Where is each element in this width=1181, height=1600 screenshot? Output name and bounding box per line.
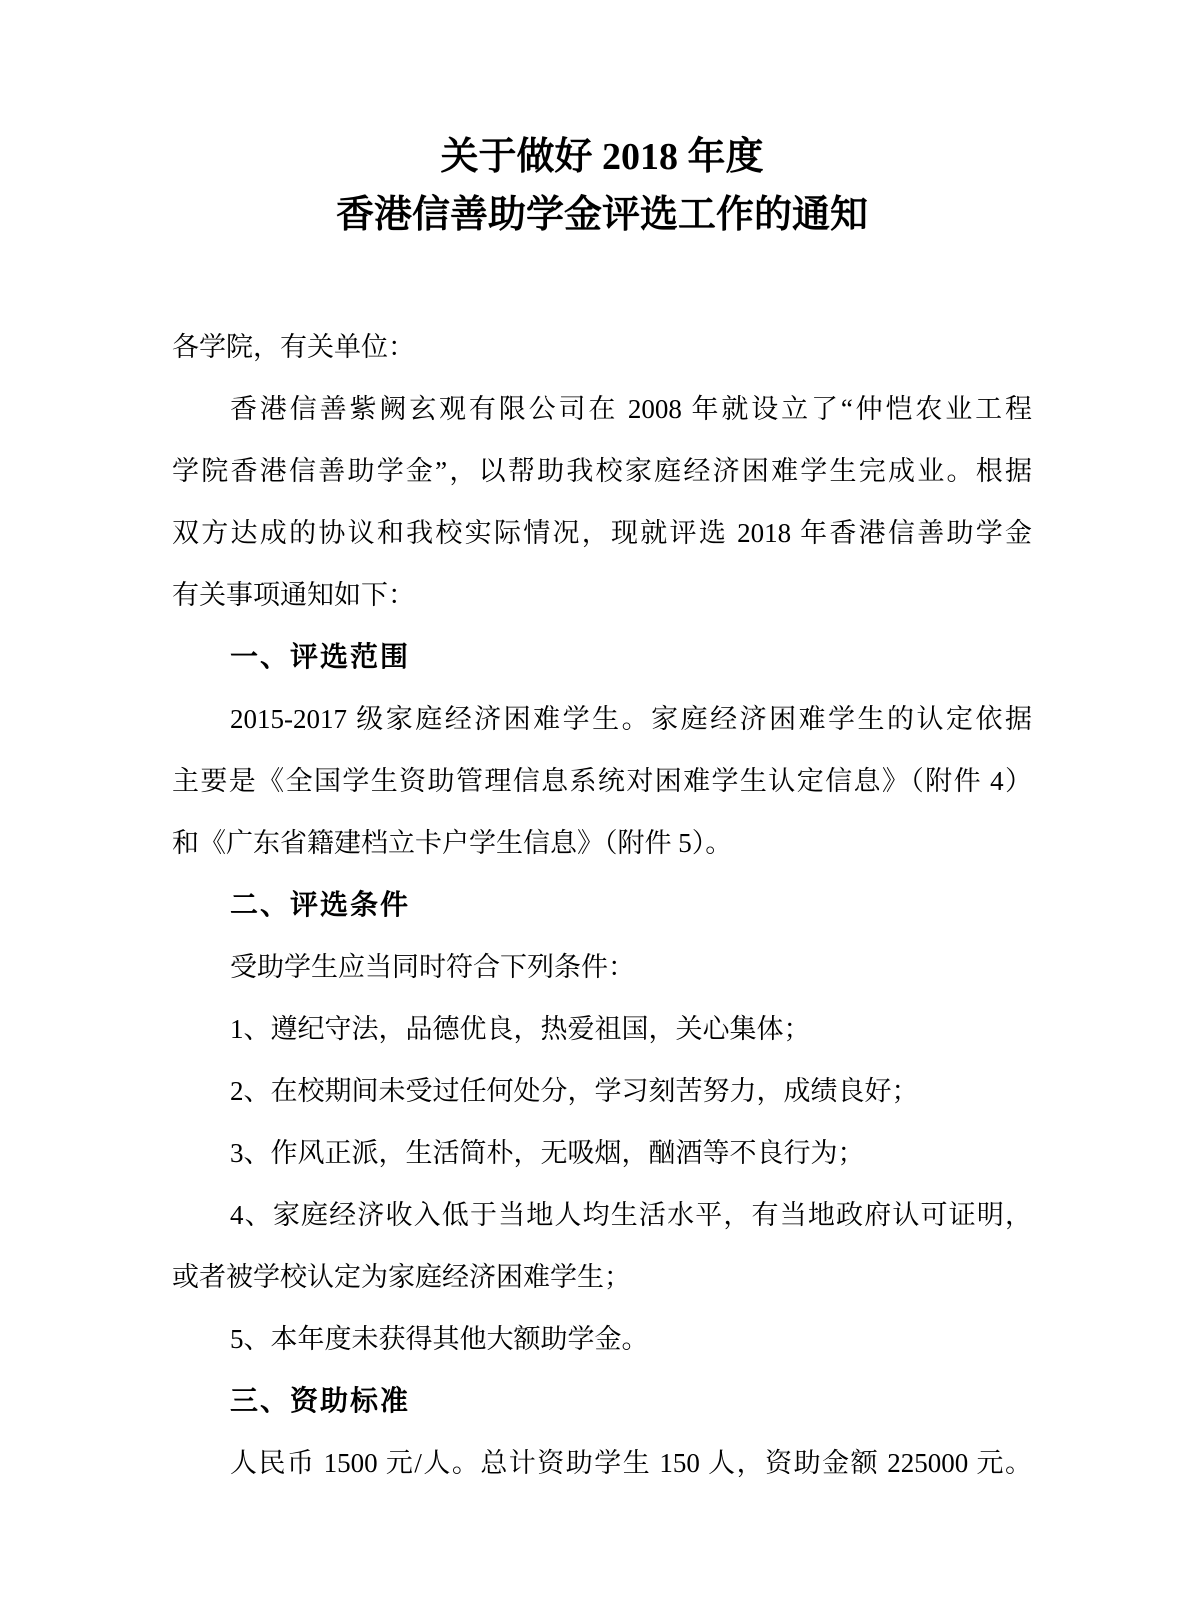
text-line: 双方达成的协议和我校实际情况，现就评选 2018 年香港信善助学金: [172, 502, 1032, 564]
text-line: 香港信善紫阙玄观有限公司在 2008 年就设立了“仲恺农业工程: [172, 378, 1032, 440]
text-line: 5、本年度未获得其他大额助学金。: [172, 1308, 1032, 1370]
text-line: 受助学生应当同时符合下列条件：: [172, 936, 1032, 998]
text-line: 主要是《全国学生资助管理信息系统对困难学生认定信息》（附件 4）: [172, 750, 1032, 812]
document-body: 各学院，有关单位：香港信善紫阙玄观有限公司在 2008 年就设立了“仲恺农业工程…: [172, 316, 1032, 1536]
text-line: 有关事项通知如下：: [172, 564, 1032, 626]
document-page: 关于做好 2018 年度 香港信善助学金评选工作的通知 各学院，有关单位：香港信…: [0, 0, 1181, 1600]
document-title-line-2: 香港信善助学金评选工作的通知: [172, 186, 1032, 244]
text-line: 2015-2017 级家庭经济困难学生。家庭经济困难学生的认定依据: [172, 688, 1032, 750]
section-heading: 一、评选范围: [172, 626, 1032, 688]
section-heading: 二、评选条件: [172, 874, 1032, 936]
text-line: 人民币 1500 元/人。总计资助学生 150 人，资助金额 225000 元。: [172, 1432, 1032, 1494]
text-line: 1、遵纪守法，品德优良，热爱祖国，关心集体；: [172, 998, 1032, 1060]
text-line: 各学院，有关单位：: [172, 316, 1032, 378]
document-title-line-1: 关于做好 2018 年度: [172, 128, 1032, 186]
text-line: 4、家庭经济收入低于当地人均生活水平，有当地政府认可证明，: [172, 1184, 1032, 1246]
text-line: 3、作风正派，生活简朴，无吸烟，酗酒等不良行为；: [172, 1122, 1032, 1184]
text-line: 或者被学校认定为家庭经济困难学生；: [172, 1246, 1032, 1308]
text-line: 和《广东省籍建档立卡户学生信息》（附件 5）。: [172, 812, 1032, 874]
text-line: 2、在校期间未受过任何处分，学习刻苦努力，成绩良好；: [172, 1060, 1032, 1122]
section-heading: 三、资助标准: [172, 1370, 1032, 1432]
text-line: 学院香港信善助学金”，以帮助我校家庭经济困难学生完成业。根据: [172, 440, 1032, 502]
